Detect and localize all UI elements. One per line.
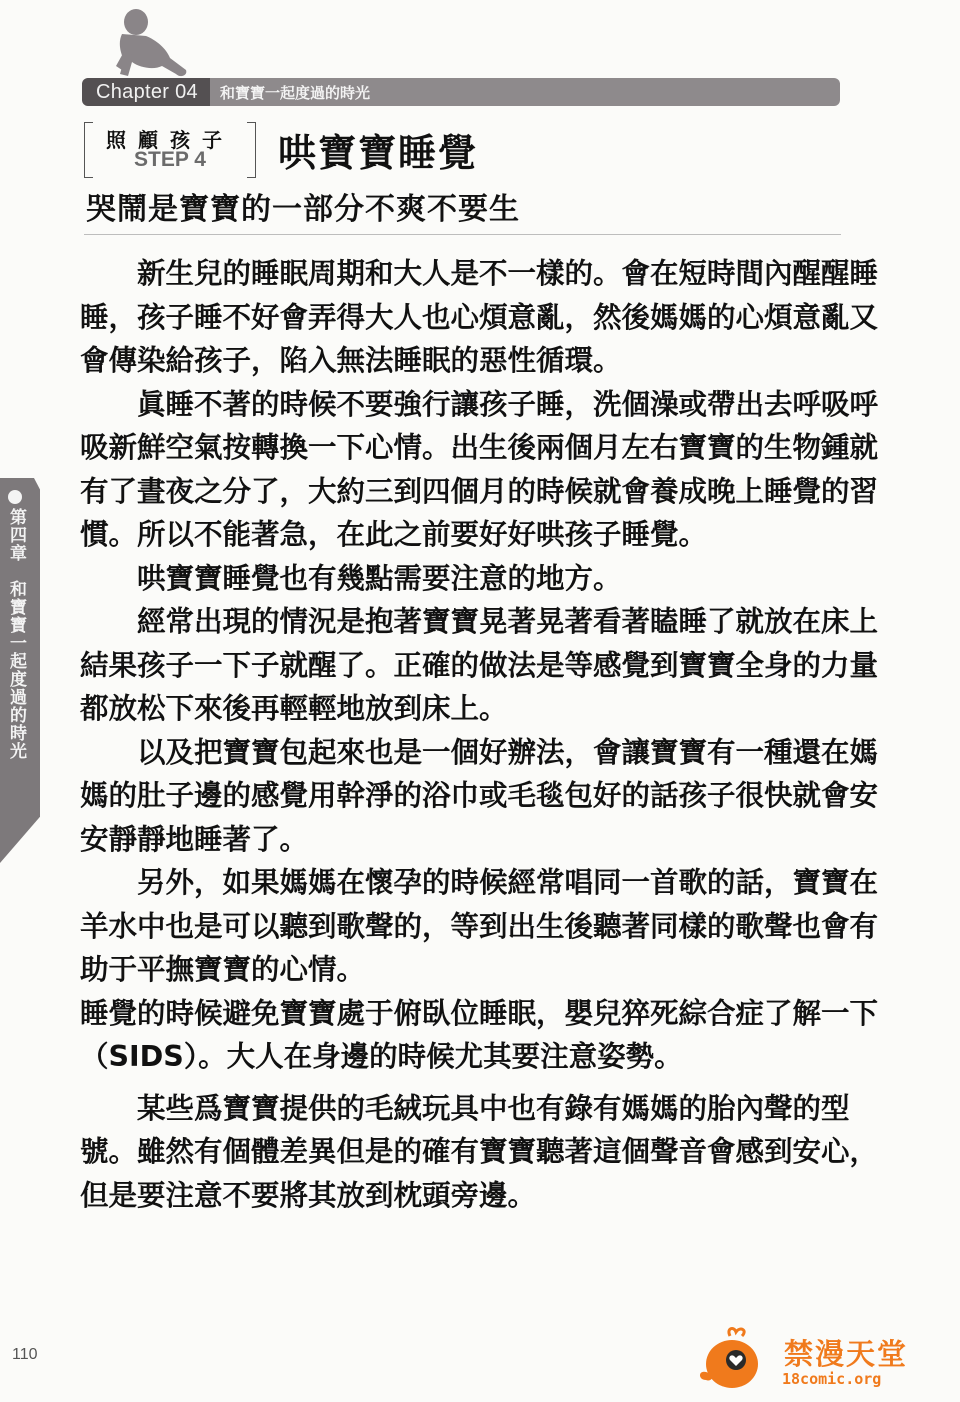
side-tab-label: 第四章 和寶寶一起度過的時光 [6, 508, 26, 760]
paragraph: 睡覺的時候避免寶寶處于俯臥位睡眠，嬰兒猝死綜合症了解一下（SIDS）。大人在身邊… [80, 992, 890, 1079]
crawling-baby-silhouette-icon [100, 8, 196, 78]
watermark-url: 18comic.org [782, 1370, 881, 1388]
paragraph: 以及把寶寶包起來也是一個好辦法，會讓寶寶有一種還在媽媽的肚子邊的感覺用幹淨的浴巾… [80, 731, 890, 862]
paragraph: 新生兒的睡眠周期和大人是不一樣的。會在短時間內醒醒睡睡，孩子睡不好會弄得大人也心… [80, 252, 890, 383]
paragraph: 某些爲寶寶提供的毛絨玩具中也有錄有媽媽的胎內聲的型號。雖然有個體差異但是的確有寶… [80, 1087, 890, 1218]
chapter-header-bar: Chapter 04 和寶寶一起度過的時光 [82, 78, 840, 106]
paragraph: 眞睡不著的時候不要強行讓孩子睡，洗個澡或帶出去呼吸呼吸新鮮空氣按轉換一下心情。出… [80, 383, 890, 557]
title-divider [84, 234, 841, 235]
step-label: STEP 4 [84, 148, 256, 172]
page-title: 哄寶寶睡覺 [278, 122, 478, 177]
page-number: 110 [12, 1346, 38, 1364]
mascot-heart-icon [696, 1326, 766, 1396]
paragraph: 哄寶寶睡覺也有幾點需要注意的地方。 [80, 557, 890, 601]
chapter-title: 和寶寶一起度過的時光 [210, 82, 370, 103]
step-badge: 照顧孩子 STEP 4 [84, 120, 256, 178]
watermark-logo: 禁漫天堂 18comic.org [696, 1326, 946, 1396]
watermark-name: 禁漫天堂 [784, 1332, 908, 1373]
chapter-side-tab: 第四章 和寶寶一起度過的時光 [0, 478, 40, 863]
chapter-number: Chapter 04 [82, 78, 210, 106]
paragraph: 另外，如果媽媽在懷孕的時候經常唱同一首歌的話，寶寶在羊水中也是可以聽到歌聲的，等… [80, 861, 890, 992]
article-body: 新生兒的睡眠周期和大人是不一樣的。會在短時間內醒醒睡睡，孩子睡不好會弄得大人也心… [80, 252, 890, 1217]
page-subtitle: 哭鬧是寶寶的一部分不爽不要生 [86, 184, 520, 228]
paragraph: 經常出現的情況是抱著寶寶晃著晃著看著瞌睡了就放在床上結果孩子一下子就醒了。正確的… [80, 600, 890, 731]
bullet-dot-icon [8, 490, 22, 504]
